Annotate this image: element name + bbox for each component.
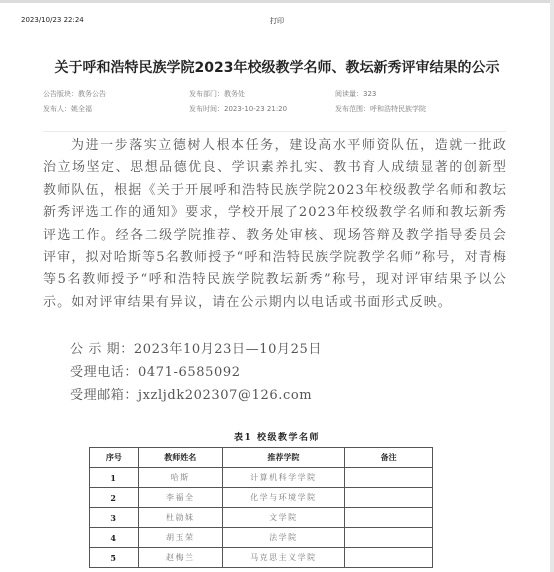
cell-index: 5 [90, 548, 139, 568]
cell-teacher-name: 赵梅兰 [138, 548, 222, 568]
meta-publish-time: 发布时间：2023-10-23 21:20 [189, 104, 287, 114]
header-divider [43, 131, 506, 132]
cell-remarks [345, 468, 433, 488]
header-college: 推荐学院 [222, 448, 345, 468]
meta-views: 阅读量：323 [335, 89, 376, 99]
meta-scope: 发布范围：呼和浩特民族学院 [335, 104, 426, 114]
cell-index: 3 [90, 508, 139, 528]
cell-remarks [345, 528, 433, 548]
window-top-border [0, 0, 554, 3]
header-index: 序号 [90, 448, 139, 468]
table-header-row: 序号 教师姓名 推荐学院 备注 [90, 448, 433, 468]
header-teacher-name: 教师姓名 [138, 448, 222, 468]
cell-teacher-name: 杜勍妹 [138, 508, 222, 528]
table-row: 3 杜勍妹 文学院 [90, 508, 433, 528]
cell-remarks [345, 548, 433, 568]
cell-teacher-name: 李福全 [138, 488, 222, 508]
meta-publisher: 发布人：姚全福 [43, 104, 92, 114]
meta-department: 发布部门：教务处 [189, 89, 245, 99]
table-caption: 表1 校级教学名师 [0, 430, 554, 443]
cell-index: 1 [90, 468, 139, 488]
print-header-title: 打印 [0, 16, 554, 26]
header-remarks: 备注 [345, 448, 433, 468]
contact-phone: 受理电话：0471-6585092 [70, 361, 241, 380]
cell-college: 化学与环境学院 [222, 488, 345, 508]
table-row: 2 李福全 化学与环境学院 [90, 488, 433, 508]
cell-college: 马克思主义学院 [222, 548, 345, 568]
cell-index: 2 [90, 488, 139, 508]
teaching-masters-table: 序号 教师姓名 推荐学院 备注 1 哈斯 计算机科学学院 2 李福全 化学与环境… [89, 447, 433, 568]
table-row: 5 赵梅兰 马克思主义学院 [90, 548, 433, 568]
cell-remarks [345, 508, 433, 528]
meta-section: 公告版块：教务公告 [43, 89, 106, 99]
body-paragraph: 为进一步落实立德树人根本任务，建设高水平师资队伍，造就一批政治立场坚定、思想品德… [43, 135, 507, 314]
cell-college: 法学院 [222, 528, 345, 548]
cell-college: 文学院 [222, 508, 345, 528]
table-row: 1 哈斯 计算机科学学院 [90, 468, 433, 488]
publicity-period: 公 示 期：2023年10月23日—10月25日 [70, 338, 322, 357]
cell-teacher-name: 胡玉荣 [138, 528, 222, 548]
window-right-border [550, 0, 554, 572]
table-row: 4 胡玉荣 法学院 [90, 528, 433, 548]
cell-remarks [345, 488, 433, 508]
cell-index: 4 [90, 528, 139, 548]
page-title: 关于呼和浩特民族学院2023年校级教学名师、教坛新秀评审结果的公示 [0, 57, 554, 77]
cell-teacher-name: 哈斯 [138, 468, 222, 488]
cell-college: 计算机科学学院 [222, 468, 345, 488]
contact-email: 受理邮箱：jxzljdk202307@126.com [70, 384, 312, 403]
